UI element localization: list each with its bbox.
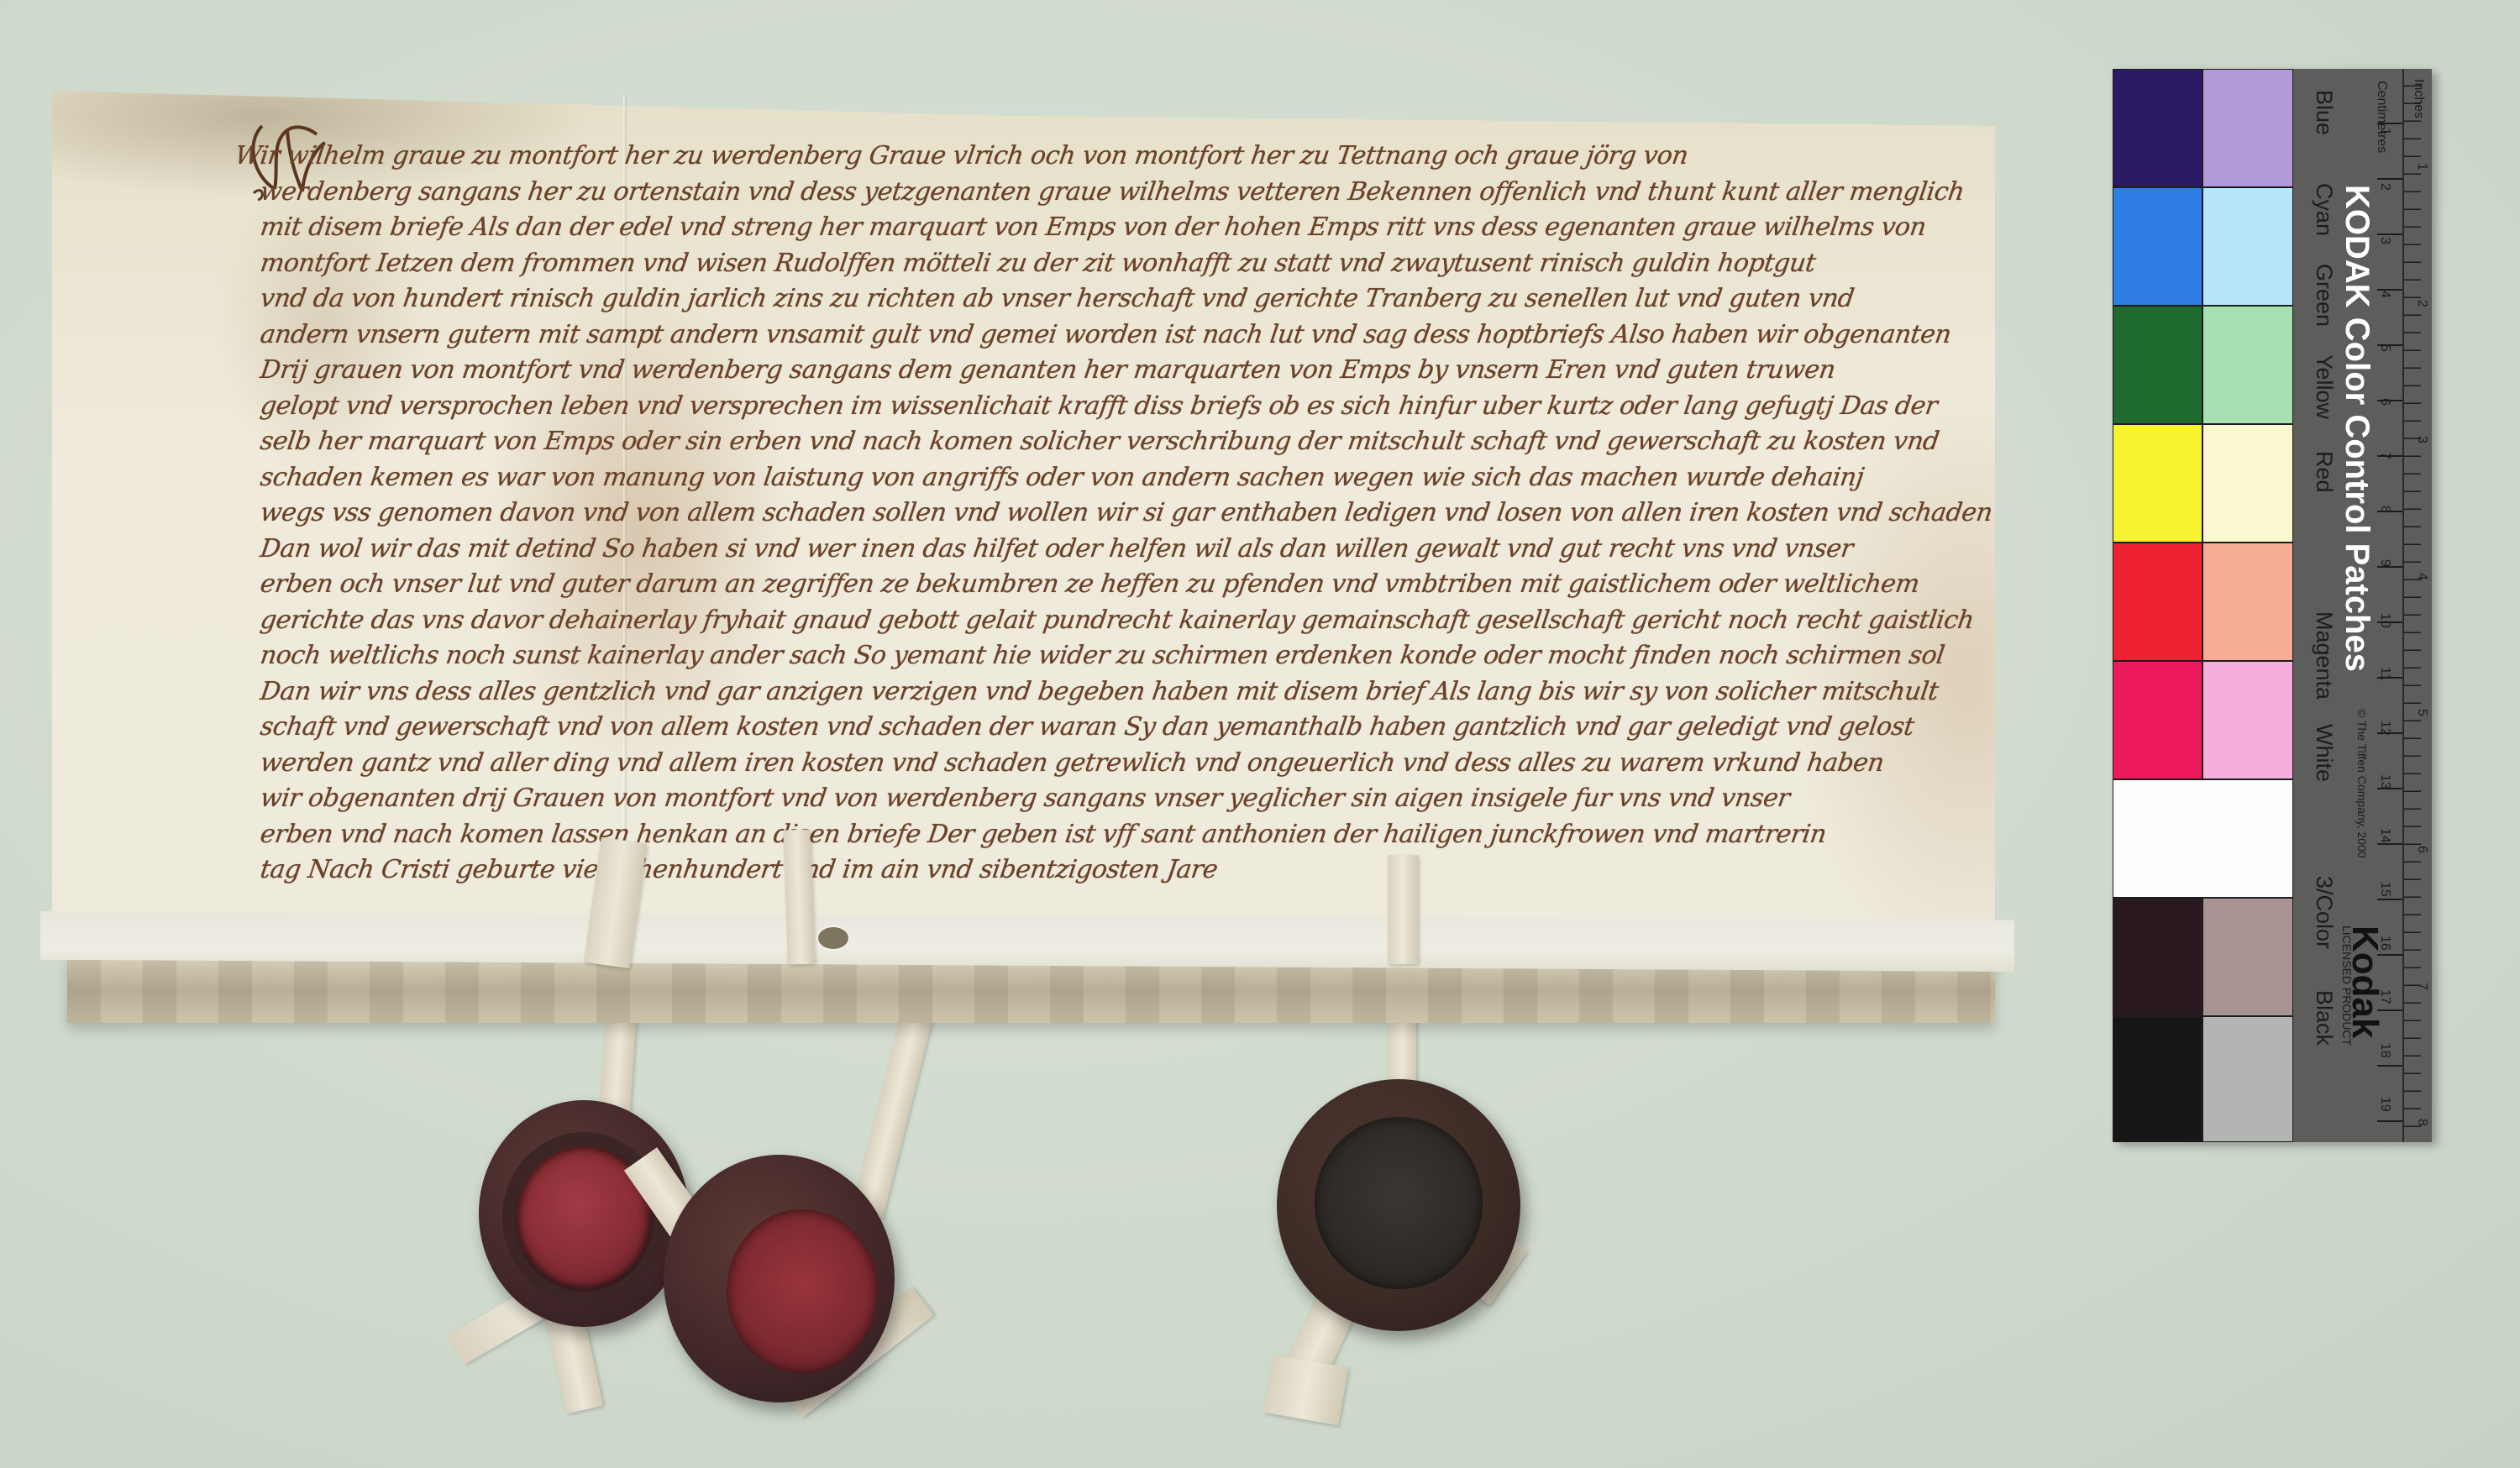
patch-row-green <box>2113 306 2293 424</box>
patch-cyan-dark <box>2113 187 2202 306</box>
text-line: werdenberg sangans her zu ortenstain vnd… <box>233 175 1993 211</box>
patch-green-dark <box>2113 306 2202 424</box>
patch-yellow-light <box>2202 424 2293 543</box>
inch-1: 1 <box>2414 163 2429 170</box>
cm-12: 12 <box>2377 721 2392 736</box>
strip-copyright: © The Tiffen Company, 2000 <box>2355 709 2369 858</box>
cm-11: 11 <box>2377 667 2392 681</box>
text-line: Drij grauen von montfort vnd werdenberg … <box>233 353 1993 389</box>
patch-magenta-light <box>2202 661 2293 779</box>
patch-magenta-dark <box>2113 661 2202 779</box>
plica-hole <box>816 925 850 951</box>
patch-blue-dark <box>2113 69 2202 187</box>
cm-19: 19 <box>2377 1097 2392 1112</box>
text-line: andern vnsern gutern mit sampt andern vn… <box>233 317 1993 354</box>
inch-8: 8 <box>2414 1119 2429 1126</box>
patch-row-blue <box>2113 69 2293 187</box>
color-patches <box>2113 69 2293 1142</box>
seal-tag-3-upper <box>1388 855 1418 964</box>
label-yellow: Yellow <box>2311 354 2337 419</box>
patch-3color-dark <box>2113 898 2202 1016</box>
text-line: werden gantz vnd aller ding vnd allem ir… <box>233 746 1993 782</box>
label-cyan: Cyan <box>2311 183 2337 236</box>
patch-black-light <box>2202 1016 2293 1142</box>
strip-title: KODAK Color Control Patches <box>2338 185 2376 672</box>
cm-10: 10 <box>2377 613 2392 628</box>
wax-seal-3 <box>1277 1079 1520 1331</box>
patch-row-magenta <box>2113 661 2293 779</box>
label-blue: Blue <box>2311 90 2337 135</box>
text-line: gelopt vnd versprochen leben vnd verspre… <box>233 389 1993 425</box>
patch-red-light <box>2202 543 2293 661</box>
text-line: Dan wir vns dess alles gentzlich vnd gar… <box>233 674 1993 710</box>
cm-16: 16 <box>2377 936 2392 951</box>
patch-row-cyan <box>2113 187 2293 306</box>
inch-minor-ticks <box>2404 69 2421 1142</box>
strip-label-panel: Blue Cyan Green Yellow Red Magenta White… <box>2293 69 2432 1142</box>
patch-blue-light <box>2202 69 2293 187</box>
patch-row-black <box>2113 1016 2293 1142</box>
cm-15: 15 <box>2377 882 2392 897</box>
wax-seal-2 <box>664 1155 895 1402</box>
inch-6: 6 <box>2414 846 2429 853</box>
text-line: Wir wilhelm graue zu montfort her zu wer… <box>233 139 1993 175</box>
text-line: noch weltlichs noch sunst kainerlay ande… <box>233 638 1993 674</box>
patch-row-3color <box>2113 898 2293 1016</box>
cm-1: 1 <box>2377 128 2392 135</box>
patch-green-light <box>2202 306 2293 424</box>
inch-5: 5 <box>2414 709 2429 716</box>
cm-4: 4 <box>2377 291 2392 298</box>
text-line: schaden kemen es war von manung von lais… <box>233 460 1993 496</box>
cm-8: 8 <box>2377 506 2392 513</box>
label-black: Black <box>2311 990 2337 1046</box>
text-line: Dan wol wir das mit detind So haben si v… <box>233 532 1993 568</box>
patch-yellow-dark <box>2113 424 2202 543</box>
patch-black-dark <box>2113 1016 2202 1142</box>
text-line: schaft vnd gewerschaft vnd von allem kos… <box>233 710 1993 746</box>
seal-tag-3-tail-b <box>1264 1355 1349 1426</box>
text-line: mit disem briefe Als dan der edel vnd st… <box>233 210 1993 246</box>
kodak-color-control-strip: Blue Cyan Green Yellow Red Magenta White… <box>2113 69 2432 1142</box>
text-line: wegs vss genomen davon vnd von allem sch… <box>233 495 1993 532</box>
cm-ticks <box>2377 69 2402 1142</box>
cm-7: 7 <box>2377 452 2392 459</box>
patch-white <box>2113 779 2293 898</box>
cm-5: 5 <box>2377 344 2392 352</box>
inch-2: 2 <box>2414 300 2429 307</box>
label-red: Red <box>2311 451 2337 493</box>
seal-2-impression <box>727 1209 878 1373</box>
label-3color: 3/Color <box>2311 876 2337 949</box>
inch-3: 3 <box>2414 436 2429 443</box>
cm-2: 2 <box>2377 183 2392 191</box>
text-line: tag Nach Cristi geburte vierzehenhundert… <box>233 852 1993 889</box>
inch-4: 4 <box>2414 573 2429 580</box>
patch-row-red <box>2113 543 2293 661</box>
seal-tag-2-upper <box>783 829 815 964</box>
cm-9: 9 <box>2377 559 2392 567</box>
cm-6: 6 <box>2377 398 2392 406</box>
cm-13: 13 <box>2377 774 2392 789</box>
label-magenta: Magenta <box>2311 611 2337 700</box>
cm-3: 3 <box>2377 237 2392 244</box>
text-line: erben vnd nach komen lassen henkan an di… <box>233 817 1993 853</box>
text-line: erben och vnser lut vnd guter darum an z… <box>233 567 1993 603</box>
patch-row-yellow <box>2113 424 2293 543</box>
cm-18: 18 <box>2377 1043 2392 1058</box>
patch-3color-light <box>2202 898 2293 1016</box>
cm-17: 17 <box>2377 989 2392 1004</box>
inch-7: 7 <box>2414 983 2429 990</box>
label-white: White <box>2311 724 2337 782</box>
charter-text-block: Wir wilhelm graue zu montfort her zu wer… <box>235 139 1991 889</box>
cm-14: 14 <box>2377 828 2392 843</box>
text-line: selb her marquart von Emps oder sin erbe… <box>233 424 1993 460</box>
text-line: gerichte das vns davor dehainerlay fryha… <box>233 603 1993 639</box>
label-green: Green <box>2311 264 2337 327</box>
patch-cyan-light <box>2202 187 2293 306</box>
text-line: vnd da von hundert rinisch guldin jarlic… <box>233 281 1993 317</box>
text-line: wir obgenanten drij Grauen von montfort … <box>233 781 1993 817</box>
text-line: montfort Ietzen dem frommen vnd wisen Ru… <box>233 246 1993 282</box>
seal-3-impression <box>1315 1117 1483 1289</box>
patch-row-white <box>2113 779 2293 898</box>
kodak-licensed-text: LICENSED PRODUCT <box>2340 925 2354 1046</box>
patch-red-dark <box>2113 543 2202 661</box>
